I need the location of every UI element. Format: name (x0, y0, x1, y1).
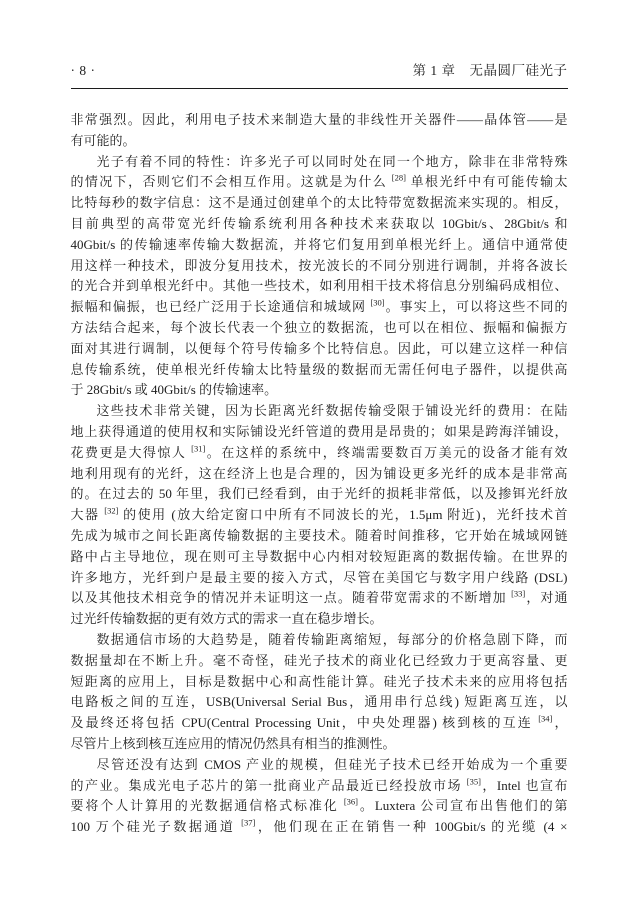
text-line: 及最终还将包括 CPU(Central Processing Unit，中央处理… (71, 713, 568, 734)
text-line: 花费更是大得惊人 [31]。在这样的系统中，终端需要数百万美元的设备才能有效 (71, 443, 568, 464)
paragraph: 尽管还没有达到 CMOS 产业的规模，但硅光子技术已经开始成为一个重要的产业。集… (71, 755, 568, 838)
text-line: 的产业。集成光电子芯片的第一批商业产品最近已经投放市场 [35]，Intel 也… (71, 776, 568, 797)
text-line: 电路板之间的互连，USB(Universal Serial Bus，通用串行总线… (71, 692, 568, 713)
page-body: 非常强烈。因此，利用电子技术来制造大量的非线性开关器件——晶体管——是有可能的。… (71, 89, 568, 838)
text-line: 比特每秒的数字信息：这不是通过创建单个的太比特带宽数据流来实现的。相反， (71, 193, 568, 214)
page-number: · 8 · (71, 63, 96, 79)
text-line: 数据量却在不断上升。毫不奇怪，硅光子技术的商业化已经致力于更高容量、更 (71, 651, 568, 672)
text-line: 非常强烈。因此，利用电子技术来制造大量的非线性开关器件——晶体管——是 (71, 110, 568, 131)
text-line: 尽管片上核到核互连应用的情况仍然具有相当的推测性。 (71, 734, 568, 755)
citation-ref: [37] (241, 818, 255, 828)
text-line: 先成为城市之间长距离传输数据的主要技术。随着时间推移，它开始在城域网链 (71, 526, 568, 547)
text-line: 100 万个硅光子数据通道 [37]，他们现在正在销售一种 100Gbit/s … (71, 817, 568, 838)
text-line: 这些技术非常关键，因为长距离光纤数据传输受限于铺设光纤的费用：在陆 (71, 401, 568, 422)
citation-ref: [31] (191, 443, 205, 453)
citation-ref: [32] (104, 506, 118, 516)
citation-ref: [28] (392, 173, 406, 183)
text-line: 短距离的应用上，目标是数据中心和高性能计算。硅光子技术未来的应用将包括 (71, 672, 568, 693)
text-line: 数据通信市场的大趋势是，随着传输距离缩短，每部分的价格急剧下降，而 (71, 630, 568, 651)
paragraph: 这些技术非常关键，因为长距离光纤数据传输受限于铺设光纤的费用：在陆地上获得通道的… (71, 401, 568, 630)
text-line: 面对其进行调制，以便每个符号传输多个比特信息。因此，可以建立这样一种信 (71, 339, 568, 360)
page-header: · 8 · 第 1 章 无晶圆厂硅光子 (71, 0, 568, 88)
text-line: 方法结合起来，每个波长代表一个独立的数据流，也可以在相位、振幅和偏振方 (71, 318, 568, 339)
text-line: 尽管还没有达到 CMOS 产业的规模，但硅光子技术已经开始成为一个重要 (71, 755, 568, 776)
citation-ref: [34] (538, 714, 552, 724)
text-line: 地利用现有的光纤，这在经济上也是合理的，因为铺设更多光纤的成本是非常高 (71, 464, 568, 485)
text-line: 息传输系统，使单根光纤传输太比特量级的数据而无需任何电子器件，以提供高 (71, 360, 568, 381)
text-line: 光子有着不同的特性：许多光子可以同时处在同一个地方，除非在非常特殊 (71, 152, 568, 173)
text-line: 的。在过去的 50 年里，我们已经看到，由于光纤的损耗非常低，以及掺铒光纤放 (71, 484, 568, 505)
text-line: 目前典型的高带宽光纤传输系统利用各种技术来获取以 10Gbit/s、28Gbit… (71, 214, 568, 235)
citation-ref: [30] (370, 298, 384, 308)
text-line: 要将个人计算用的光数据通信格式标准化 [36]。Luxtera 公司宣布出售他们… (71, 796, 568, 817)
text-line: 有可能的。 (71, 131, 568, 152)
chapter-title: 第 1 章 无晶圆厂硅光子 (413, 59, 568, 79)
text-line: 用这样一种技术，即波分复用技术，按光波长的不同分别进行调制，并将各波长 (71, 256, 568, 277)
text-line: 的光合并到单根光纤中。其他一些技术，如利用相干技术将信息分别编码成相位、 (71, 276, 568, 297)
text-line: 大器 [32] 的使用 (放大给定窗口中所有不同波长的光，1.5μm 附近)，光… (71, 505, 568, 526)
text-line: 的情况下，否则它们不会相互作用。这就是为什么 [28] 单根光纤中有可能传输太 (71, 172, 568, 193)
book-page: · 8 · 第 1 章 无晶圆厂硅光子 非常强烈。因此，利用电子技术来制造大量的… (0, 0, 638, 903)
text-line: 于 28Gbit/s 或 40Gbit/s 的传输速率。 (71, 380, 568, 401)
text-line: 40Gbit/s 的传输速率传输大数据流，并将它们复用到单根光纤上。通信中通常使 (71, 235, 568, 256)
paragraph: 非常强烈。因此，利用电子技术来制造大量的非线性开关器件——晶体管——是有可能的。 (71, 110, 568, 152)
text-line: 振幅和偏振，也已经广泛用于长途通信和城域网 [30]。事实上，可以将这些不同的 (71, 297, 568, 318)
paragraph: 数据通信市场的大趋势是，随着传输距离缩短，每部分的价格急剧下降，而数据量却在不断… (71, 630, 568, 755)
text-line: 路中占主导地位，现在则可主导数据中心内相对较短距离的数据传输。在世界的 (71, 547, 568, 568)
text-line: 许多地方，光纤到户是最主要的接入方式，尽管在美国它与数字用户线路 (DSL) (71, 568, 568, 589)
text-line: 过光纤传输数据的更有效方式的需求一直在稳步增长。 (71, 609, 568, 630)
paragraph: 光子有着不同的特性：许多光子可以同时处在同一个地方，除非在非常特殊的情况下，否则… (71, 152, 568, 402)
text-line: 地上获得通道的使用权和实际铺设光纤管道的费用是昂贵的；如果是跨海洋铺设， (71, 422, 568, 443)
citation-ref: [36] (344, 797, 358, 807)
text-line: 以及其他技术相竞争的情况并未证明这一点。随着带宽需求的不断增加 [33]，对通 (71, 588, 568, 609)
citation-ref: [33] (511, 589, 525, 599)
citation-ref: [35] (467, 776, 481, 786)
